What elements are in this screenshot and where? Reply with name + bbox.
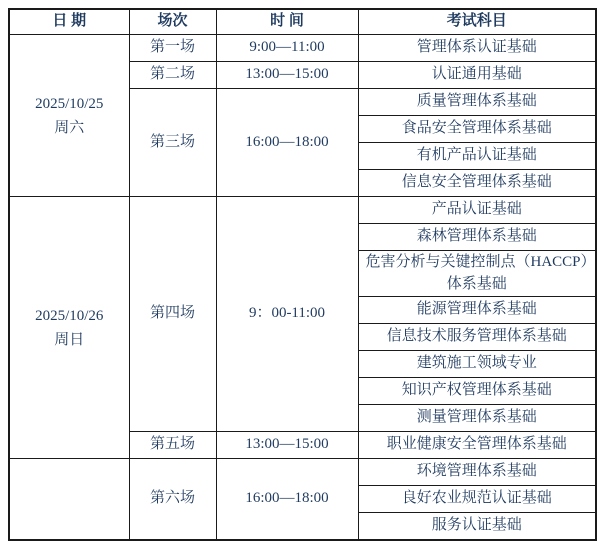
weekday-value: 周日 bbox=[14, 328, 125, 352]
header-session: 场次 bbox=[129, 9, 216, 35]
subject-cell: 环境管理体系基础 bbox=[358, 459, 596, 486]
subject-cell: 森林管理体系基础 bbox=[358, 224, 596, 251]
subject-cell: 管理体系认证基础 bbox=[358, 35, 596, 62]
session-cell: 第一场 bbox=[129, 35, 216, 62]
subject-cell: 建筑施工领域专业 bbox=[358, 351, 596, 378]
session-cell: 第五场 bbox=[129, 432, 216, 459]
subject-cell: 测量管理体系基础 bbox=[358, 405, 596, 432]
subject-cell: 有机产品认证基础 bbox=[358, 143, 596, 170]
time-cell: 13:00—15:00 bbox=[216, 432, 358, 459]
header-subject: 考试科目 bbox=[358, 9, 596, 35]
subject-cell: 能源管理体系基础 bbox=[358, 297, 596, 324]
subject-cell: 产品认证基础 bbox=[358, 197, 596, 224]
exam-schedule-table: 日 期 场次 时 间 考试科目 2025/10/25 周六 第一场 9:00—1… bbox=[8, 8, 597, 541]
date-value: 2025/10/25 bbox=[14, 92, 125, 116]
weekday-value: 周六 bbox=[14, 116, 125, 140]
subject-cell: 职业健康安全管理体系基础 bbox=[358, 432, 596, 459]
header-time: 时 间 bbox=[216, 9, 358, 35]
date-cell: 2025/10/26 周日 bbox=[9, 197, 129, 459]
session-cell: 第二场 bbox=[129, 62, 216, 89]
subject-cell: 食品安全管理体系基础 bbox=[358, 116, 596, 143]
time-cell: 16:00—18:00 bbox=[216, 459, 358, 540]
date-value: 2025/10/26 bbox=[14, 304, 125, 328]
time-cell: 13:00—15:00 bbox=[216, 62, 358, 89]
subject-cell: 知识产权管理体系基础 bbox=[358, 378, 596, 405]
exam-schedule-page: 日 期 场次 时 间 考试科目 2025/10/25 周六 第一场 9:00—1… bbox=[0, 0, 603, 541]
time-cell: 16:00—18:00 bbox=[216, 89, 358, 197]
subject-cell: 服务认证基础 bbox=[358, 513, 596, 540]
table-row: 2025/10/26 周日 第四场 9：00-11:00 产品认证基础 bbox=[9, 197, 596, 224]
session-cell: 第六场 bbox=[129, 459, 216, 540]
session-cell: 第三场 bbox=[129, 89, 216, 197]
subject-cell: 信息安全管理体系基础 bbox=[358, 170, 596, 197]
date-cell-empty bbox=[9, 459, 129, 540]
subject-cell: 危害分析与关键控制点（HACCP）体系基础 bbox=[358, 251, 596, 297]
subject-cell: 质量管理体系基础 bbox=[358, 89, 596, 116]
time-cell: 9：00-11:00 bbox=[216, 197, 358, 432]
table-row: 2025/10/25 周六 第一场 9:00—11:00 管理体系认证基础 bbox=[9, 35, 596, 62]
time-cell: 9:00—11:00 bbox=[216, 35, 358, 62]
subject-cell: 认证通用基础 bbox=[358, 62, 596, 89]
subject-cell: 良好农业规范认证基础 bbox=[358, 486, 596, 513]
header-row: 日 期 场次 时 间 考试科目 bbox=[9, 9, 596, 35]
subject-cell: 信息技术服务管理体系基础 bbox=[358, 324, 596, 351]
table-row: 第六场 16:00—18:00 环境管理体系基础 bbox=[9, 459, 596, 486]
header-date: 日 期 bbox=[9, 9, 129, 35]
date-cell: 2025/10/25 周六 bbox=[9, 35, 129, 197]
session-cell: 第四场 bbox=[129, 197, 216, 432]
